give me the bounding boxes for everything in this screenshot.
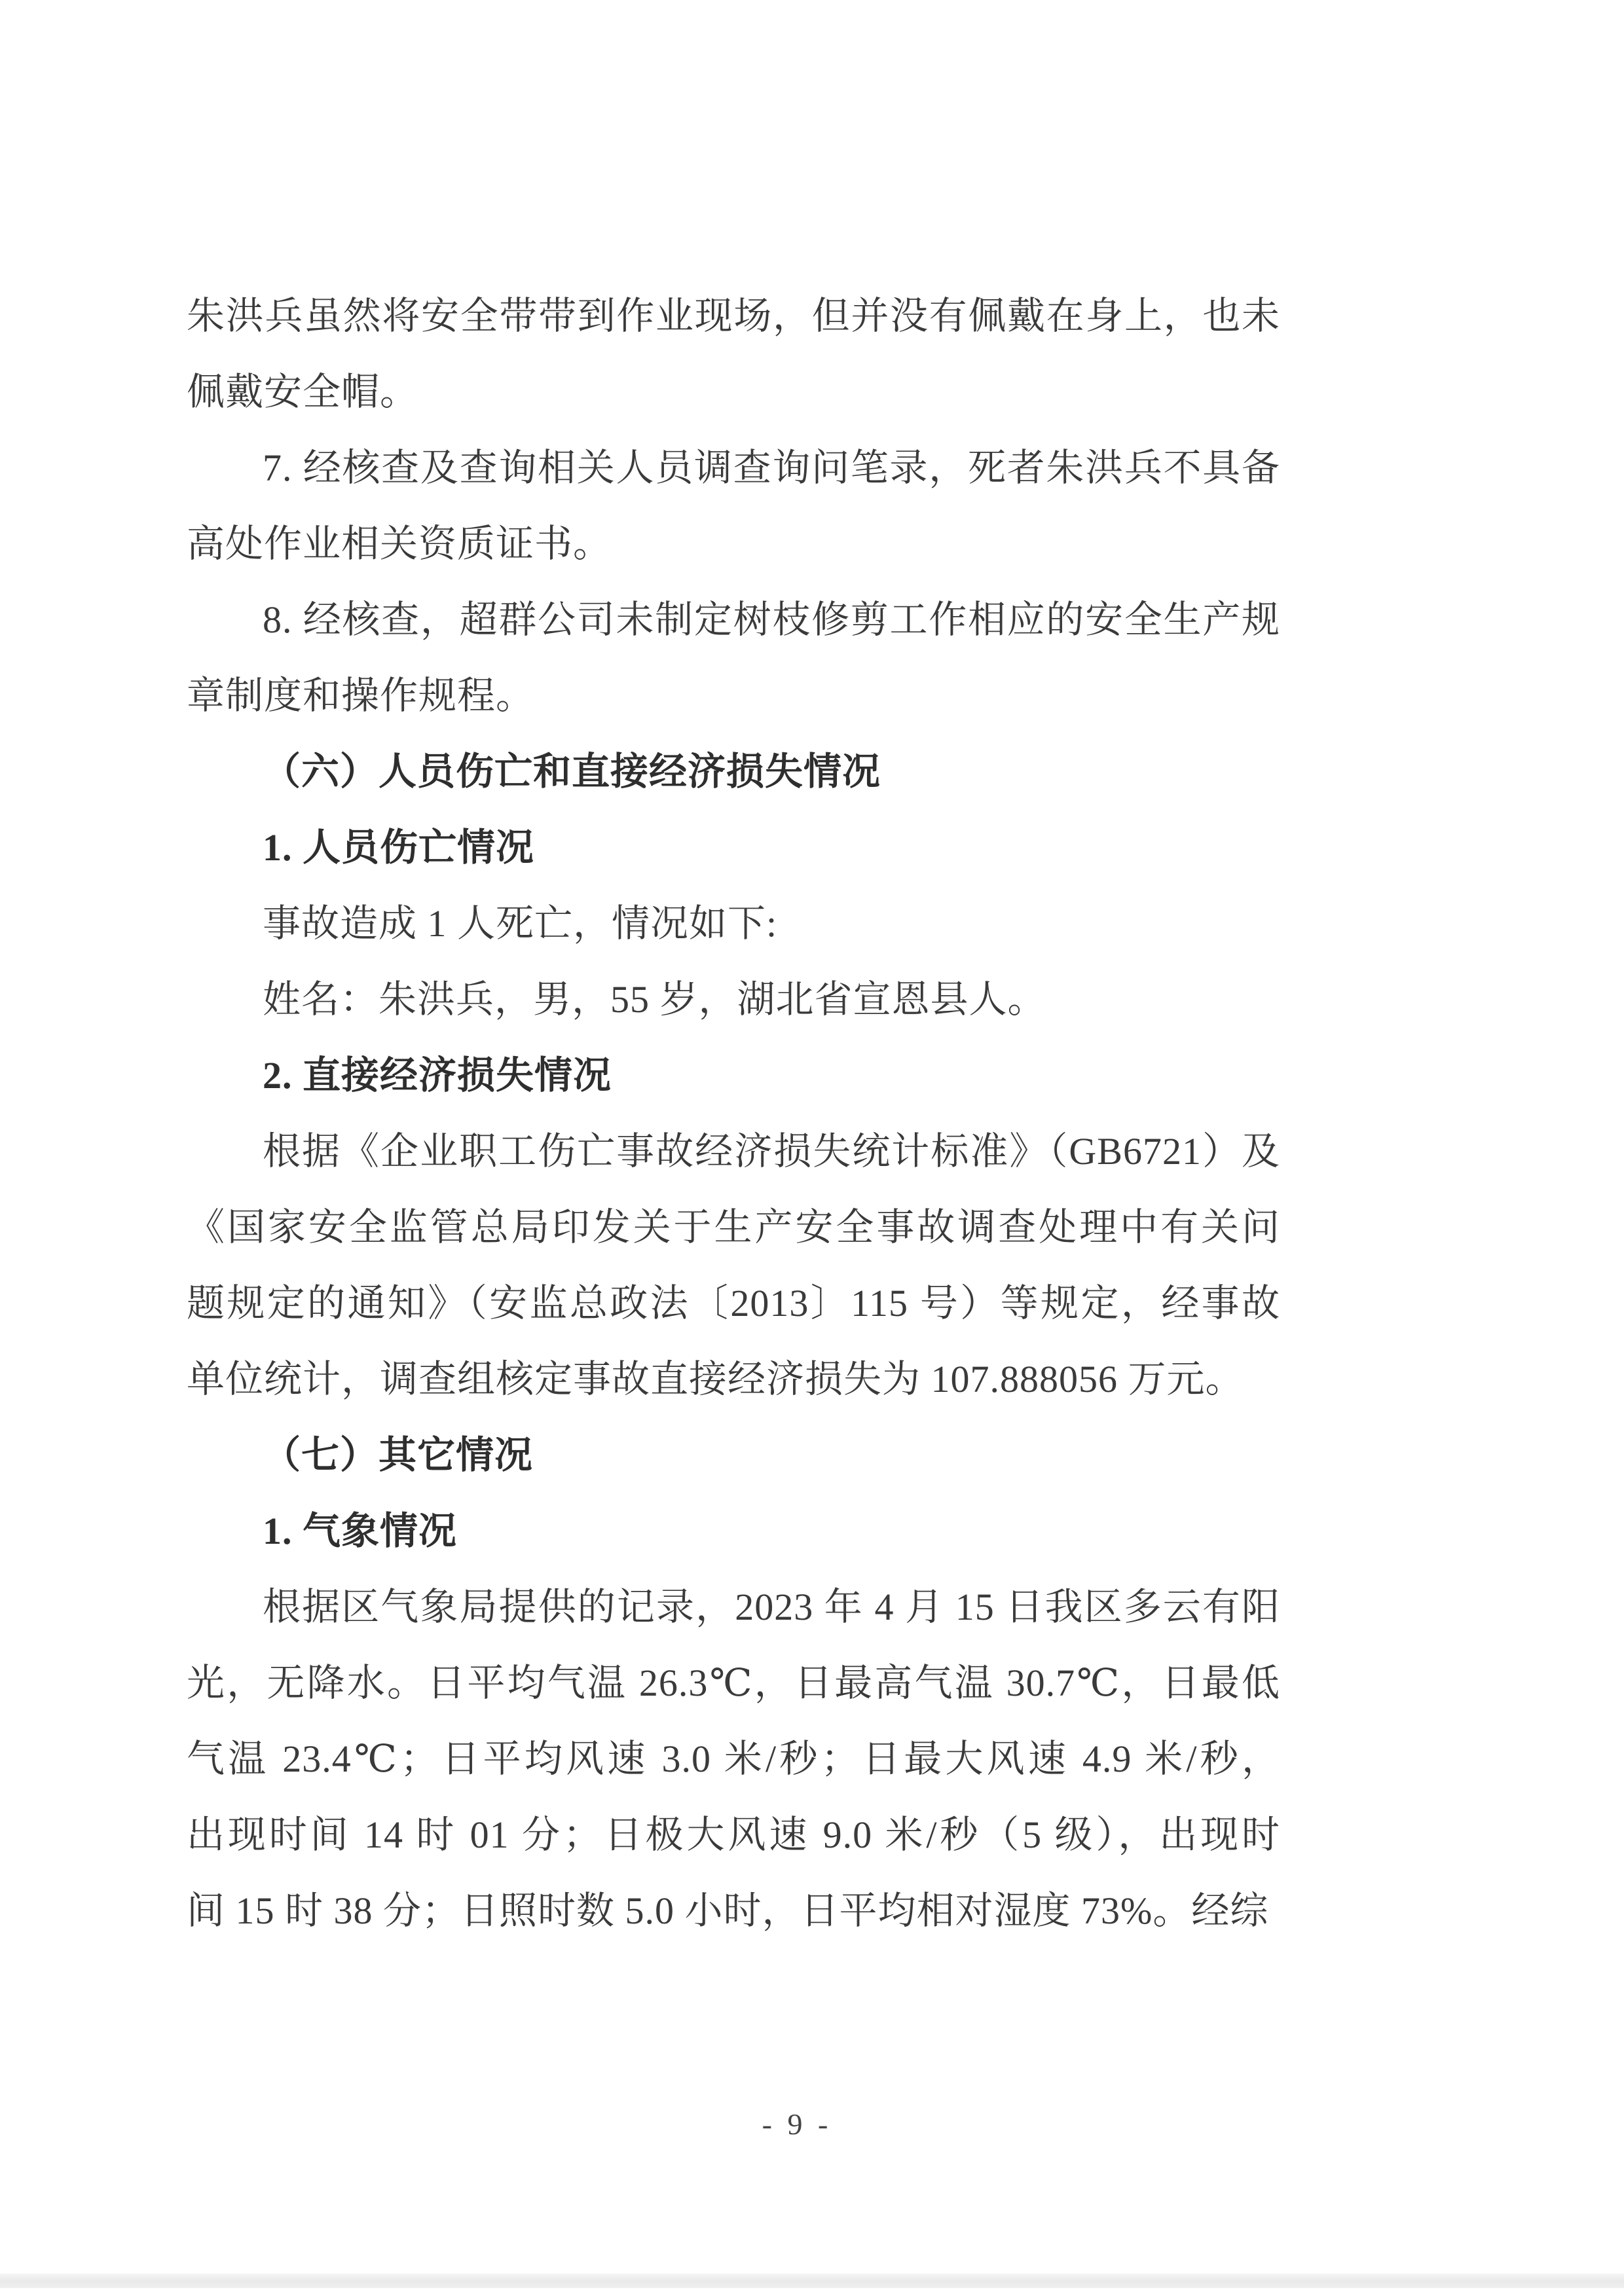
body-line-loss-total: 单位统计，调查组核定事故直接经济损失为 107.888056 万元。 [187,1341,1280,1417]
body-line: 根据《企业职工伤亡事故经济损失统计标准》（GB6721）及 [187,1114,1280,1190]
body-line: 根据区气象局提供的记录，2023 年 4 月 15 日我区多云有阳 [187,1569,1280,1645]
scan-artifact-band [0,2274,1624,2288]
body-line: 光，无降水。日平均气温 26.3℃，日最高气温 30.7℃，日最低 [187,1645,1280,1721]
body-line: 题规定的通知》（安监总政法〔2013〕115 号）等规定，经事故 [187,1266,1280,1341]
body-line: 高处作业相关资质证书。 [187,506,1280,582]
subsection-heading-2: 2. 直接经济损失情况 [187,1038,1280,1114]
body-line: 出现时间 14 时 01 分；日极大风速 9.0 米/秒（5 级），出现时 [187,1797,1280,1873]
body-line: 朱洪兵虽然将安全带带到作业现场，但并没有佩戴在身上，也未 [187,278,1280,354]
body-line: 事故造成 1 人死亡，情况如下: [187,886,1280,962]
document-text-block: 朱洪兵虽然将安全带带到作业现场，但并没有佩戴在身上，也未 佩戴安全帽。 7. 经… [187,278,1280,1949]
body-line: 佩戴安全帽。 [187,354,1280,430]
subsection-heading-weather: 1. 气象情况 [187,1493,1280,1569]
body-line: 章制度和操作规程。 [187,658,1280,734]
body-line: 《国家安全监管总局印发关于生产安全事故调查处理中有关问 [187,1190,1280,1266]
page-number: - 9 - [0,2107,1594,2141]
body-line-item-8: 8. 经核查，超群公司未制定树枝修剪工作相应的安全生产规 [187,582,1280,658]
body-line-victim: 姓名：朱洪兵，男，55 岁，湖北省宣恩县人。 [187,962,1280,1038]
body-line: 间 15 时 38 分；日照时数 5.0 小时，日平均相对湿度 73%。经综 [187,1873,1280,1949]
section-heading-7: （七）其它情况 [187,1417,1280,1493]
section-heading-6: （六）人员伤亡和直接经济损失情况 [187,734,1280,810]
document-page: 朱洪兵虽然将安全带带到作业现场，但并没有佩戴在身上，也未 佩戴安全帽。 7. 经… [0,0,1624,2296]
subsection-heading-1: 1. 人员伤亡情况 [187,810,1280,886]
body-line-item-7: 7. 经核查及查询相关人员调查询问笔录，死者朱洪兵不具备 [187,430,1280,506]
body-line: 气温 23.4℃；日平均风速 3.0 米/秒；日最大风速 4.9 米/秒， [187,1721,1280,1797]
